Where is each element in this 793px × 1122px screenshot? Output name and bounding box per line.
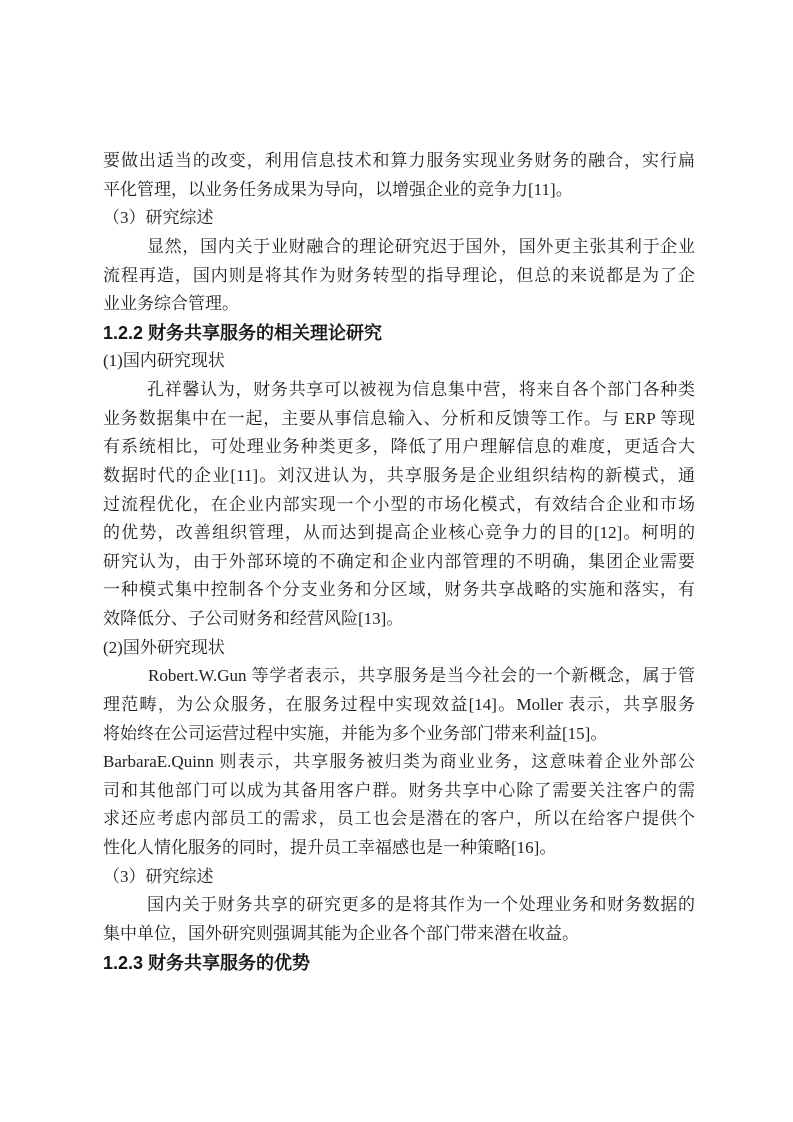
text-line: 显然，国内关于业财融合的理论研究迟于国外，国外更主张其利于企业 [103, 233, 695, 262]
text-line: 国内关于财务共享的研究更多的是将其作为一个处理业务和财务数据的 [103, 891, 695, 920]
text-line: 孔祥馨认为，财务共享可以被视为信息集中营，将来自各个部门各种类 [103, 376, 695, 405]
text-line: 过流程优化，在企业内部实现一个小型的市场化模式，有效结合企业和市场 [103, 491, 695, 520]
text-line: 的优势，改善组织管理，从而达到提高企业核心竞争力的目的[12]。柯明的 [103, 519, 695, 548]
document-page: 要做出适当的改变，利用信息技术和算力服务实现业务财务的融合，实行扁平化管理，以业… [0, 0, 793, 1122]
text-line: 有系统相比，可处理业务种类更多，降低了用户理解信息的难度，更适合大 [103, 433, 695, 462]
text-line: Robert.W.Gun 等学者表示，共享服务是当今社会的一个新概念，属于管 [103, 662, 695, 691]
text-line: (1)国内研究现状 [103, 347, 695, 376]
text-line: 研究认为，由于外部环境的不确定和企业内部管理的不明确，集团企业需要 [103, 548, 695, 577]
text-line: （3）研究综述 [103, 863, 695, 892]
text-line: (2)国外研究现状 [103, 634, 695, 663]
text-line: BarbaraE.Quinn 则表示，共享服务被归类为商业业务，这意味着企业外部… [103, 748, 695, 777]
text-line: 数据时代的企业[11]。刘汉进认为，共享服务是企业组织结构的新模式，通 [103, 462, 695, 491]
text-line: 将始终在公司运营过程中实施，并能为多个业务部门带来利益[15]。 [103, 720, 695, 749]
text-line: 业业务综合管理。 [103, 290, 695, 319]
section-heading: 1.2.2 财务共享服务的相关理论研究 [103, 319, 695, 348]
text-line: 集中单位，国外研究则强调其能为企业各个部门带来潜在收益。 [103, 920, 695, 949]
text-line: 性化人情化服务的同时，提升员工幸福感也是一种策略[16]。 [103, 834, 695, 863]
text-line: 要做出适当的改变，利用信息技术和算力服务实现业务财务的融合，实行扁 [103, 147, 695, 176]
text-line: 效降低分、子公司财务和经营风险[13]。 [103, 605, 695, 634]
text-line: 司和其他部门可以成为其备用客户群。财务共享中心除了需要关注客户的需 [103, 777, 695, 806]
text-line: 业务数据集中在一起，主要从事信息输入、分析和反馈等工作。与 ERP 等现 [103, 405, 695, 434]
text-line: （3）研究综述 [103, 204, 695, 233]
text-line: 平化管理，以业务任务成果为导向，以增强企业的竞争力[11]。 [103, 176, 695, 205]
page-body: 要做出适当的改变，利用信息技术和算力服务实现业务财务的融合，实行扁平化管理，以业… [103, 147, 695, 977]
text-line: 求还应考虑内部员工的需求，员工也会是潜在的客户，所以在给客户提供个 [103, 805, 695, 834]
text-line: 流程再造，国内则是将其作为财务转型的指导理论，但总的来说都是为了企 [103, 262, 695, 291]
section-heading: 1.2.3 财务共享服务的优势 [103, 949, 695, 978]
text-line: 理范畴，为公众服务，在服务过程中实现效益[14]。Moller 表示，共享服务 [103, 691, 695, 720]
text-line: 一种模式集中控制各个分支业务和分区域，财务共享战略的实施和落实，有 [103, 576, 695, 605]
